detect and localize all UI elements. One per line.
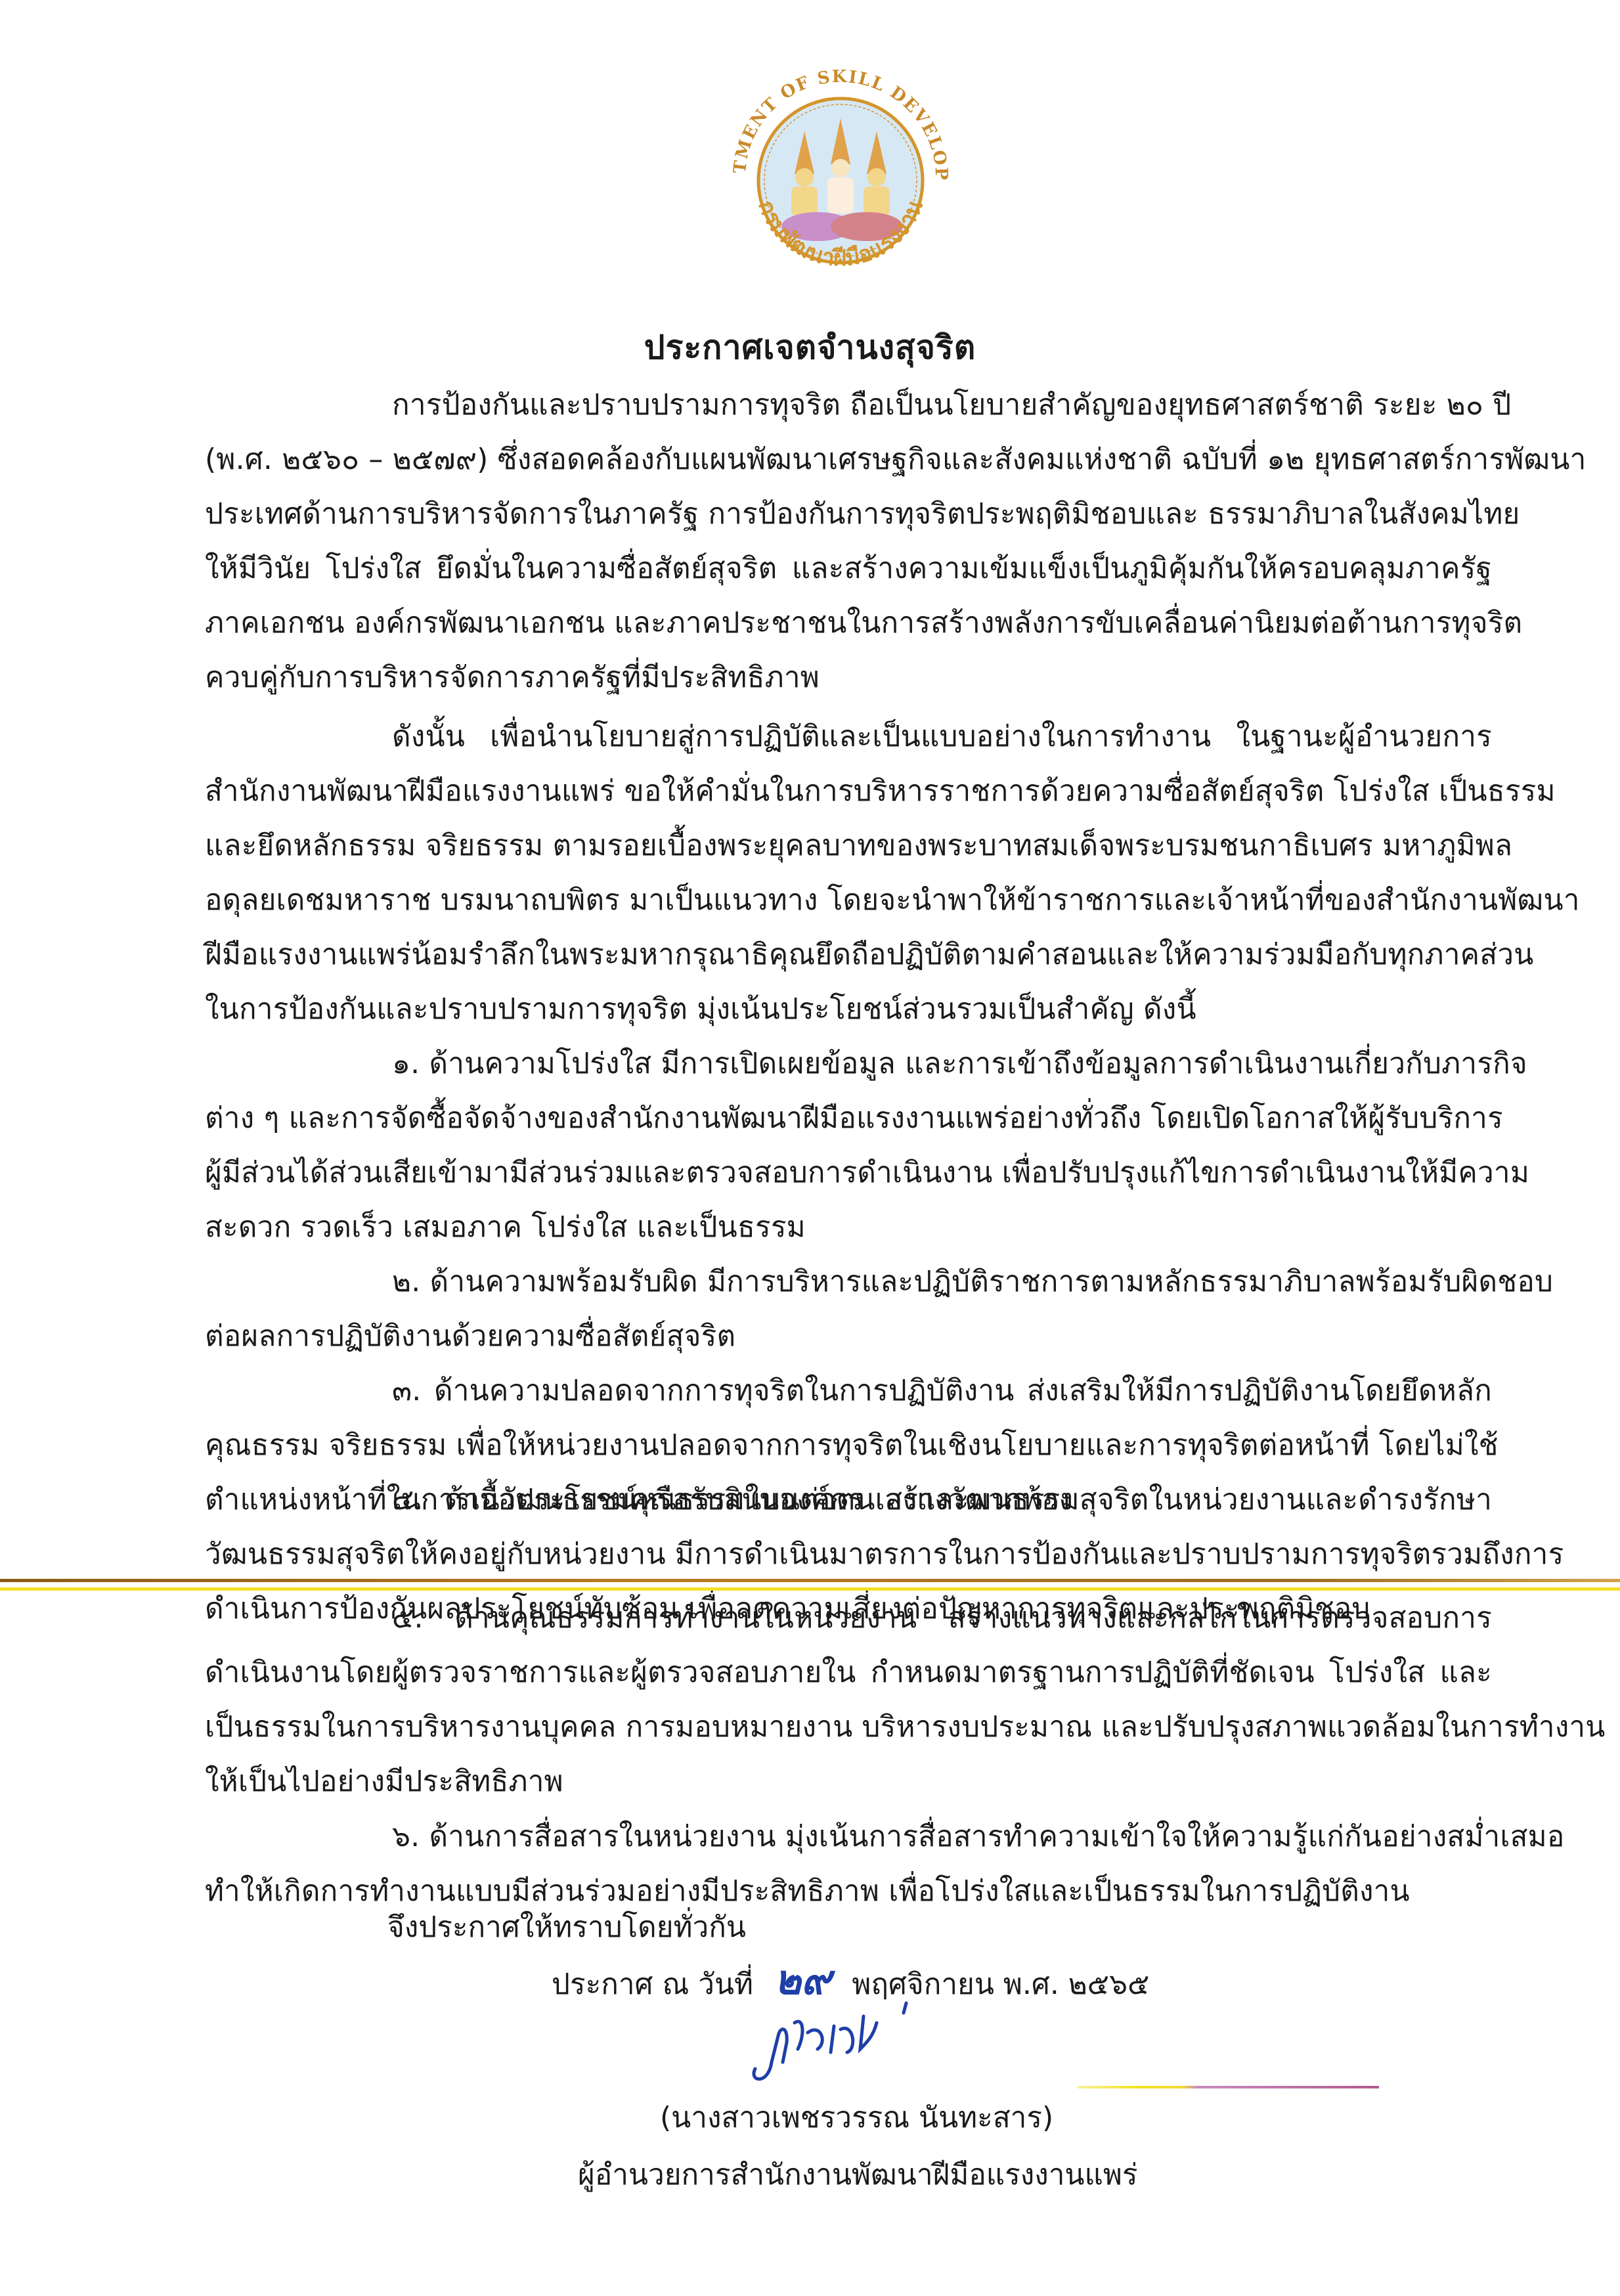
text-line: ๓. ด้านความปลอดจากการทุจริตในการปฏิบัติง… (205, 1363, 1492, 1418)
text-line: ๖. ด้านการสื่อสารในหน่วยงาน มุ่งเน้นการส… (205, 1809, 1492, 1864)
text-line: วัฒนธรรมสุจริตให้คงอยู่กับหน่วยงาน มีการ… (205, 1527, 1492, 1581)
signer-position: ผู้อำนวยการสำนักงานพัฒนาฝีมือแรงงานแพร่ (578, 2155, 1138, 2195)
text-line: ในการป้องกันและปราบปรามการทุจริต มุ่งเน้… (205, 982, 1492, 1036)
signature (742, 1997, 939, 2088)
text-line: ผู้มีส่วนได้ส่วนเสียเข้ามามีส่วนร่วมและต… (205, 1145, 1492, 1200)
text-line: การป้องกันและปราบปรามการทุจริต ถือเป็นนโ… (205, 378, 1492, 432)
text-line: ต่อผลการปฏิบัติงานด้วยความซื่อสัตย์สุจริ… (205, 1309, 1492, 1363)
text-line: อดุลยเดชมหาราช บรมนาถบพิตร มาเป็นแนวทาง … (205, 873, 1492, 927)
text-line: เป็นธรรมในการบริหารงานบุคคล การมอบหมายงา… (205, 1700, 1492, 1754)
text-line: ประเทศด้านการบริหารจัดการในภาครัฐ การป้อ… (205, 487, 1492, 541)
department-emblem: DEPARTMENT OF SKILL DEVELOPMENT กรมพัฒนา… (719, 39, 962, 302)
policy-item-1: ๑. ด้านความโปร่งใส มีการเปิดเผยข้อมูล แล… (205, 1036, 1492, 1254)
text-line: ฝีมือแรงงานแพร่น้อมรำลึกในพระมหากรุณาธิค… (205, 927, 1492, 982)
scan-artifact-bar (1077, 2086, 1379, 2088)
policy-item-6: ๖. ด้านการสื่อสารในหน่วยงาน มุ่งเน้นการส… (205, 1809, 1492, 1918)
text-line: ๕. ด้านคุณธรรมการทำงานในหน่วยงาน สร้างแน… (205, 1591, 1492, 1645)
signature-icon (742, 1997, 939, 2088)
text-line: ให้มีวินัย โปร่งใส ยึดมั่นในความซื่อสัตย… (205, 541, 1492, 596)
text-line: (พ.ศ. ๒๕๖๐ – ๒๕๗๙) ซึ่งสอดคล้องกับแผนพัฒ… (205, 432, 1492, 487)
text-line: ๔. ด้านวัฒนธรรมคุณธรรมในองค์กร สร้างวัฒน… (205, 1472, 1492, 1527)
text-line: ควบคู่กับการบริหารจัดการภาครัฐที่มีประสิ… (205, 650, 1492, 705)
policy-item-2: ๒. ด้านความพร้อมรับผิด มีการบริหารและปฏิ… (205, 1254, 1492, 1363)
announce-prefix: ประกาศ ณ วันที่ (552, 1968, 753, 2001)
signer-name: (นางสาวเพชรวรรณ นันทะสาร) (660, 2098, 1053, 2138)
text-line: และยึดหลักธรรม จริยธรรม ตามรอยเบื้องพระย… (205, 818, 1492, 873)
text-line: คุณธรรม จริยธรรม เพื่อให้หน่วยงานปลอดจาก… (205, 1418, 1492, 1472)
paragraph-intro: การป้องกันและปราบปรามการทุจริต ถือเป็นนโ… (205, 378, 1492, 705)
page-divider-brown (0, 1579, 1620, 1582)
text-line: สำนักงานพัฒนาฝีมือแรงงานแพร่ ขอให้คำมั่น… (205, 764, 1492, 818)
text-line: ภาคเอกชน องค์กรพัฒนาเอกชน และภาคประชาชนใ… (205, 596, 1492, 650)
text-line: ๒. ด้านความพร้อมรับผิด มีการบริหารและปฏิ… (205, 1254, 1492, 1309)
paragraph-commitment: ดังนั้น เพื่อนำนโยบายสู่การปฏิบัติและเป็… (205, 709, 1492, 1036)
text-line: ดำเนินงานโดยผู้ตรวจราชการและผู้ตรวจสอบภา… (205, 1645, 1492, 1700)
policy-item-5: ๕. ด้านคุณธรรมการทำงานในหน่วยงาน สร้างแน… (205, 1591, 1492, 1809)
text-line: ให้เป็นไปอย่างมีประสิทธิภาพ (205, 1754, 1492, 1809)
text-line: ดังนั้น เพื่อนำนโยบายสู่การปฏิบัติและเป็… (205, 709, 1492, 764)
text-line: ๑. ด้านความโปร่งใส มีการเปิดเผยข้อมูล แล… (205, 1036, 1492, 1091)
emblem-icon: DEPARTMENT OF SKILL DEVELOPMENT กรมพัฒนา… (719, 39, 962, 302)
document-title: ประกาศเจตจำนงสุจริต (0, 322, 1620, 374)
closing-statement: จึงประกาศให้ทราบโดยทั่วกัน (387, 1908, 746, 1947)
text-line: ต่าง ๆ และการจัดซื้อจัดจ้างของสำนักงานพั… (205, 1091, 1492, 1145)
text-line: สะดวก รวดเร็ว เสมอภาค โปร่งใส และเป็นธรร… (205, 1200, 1492, 1254)
